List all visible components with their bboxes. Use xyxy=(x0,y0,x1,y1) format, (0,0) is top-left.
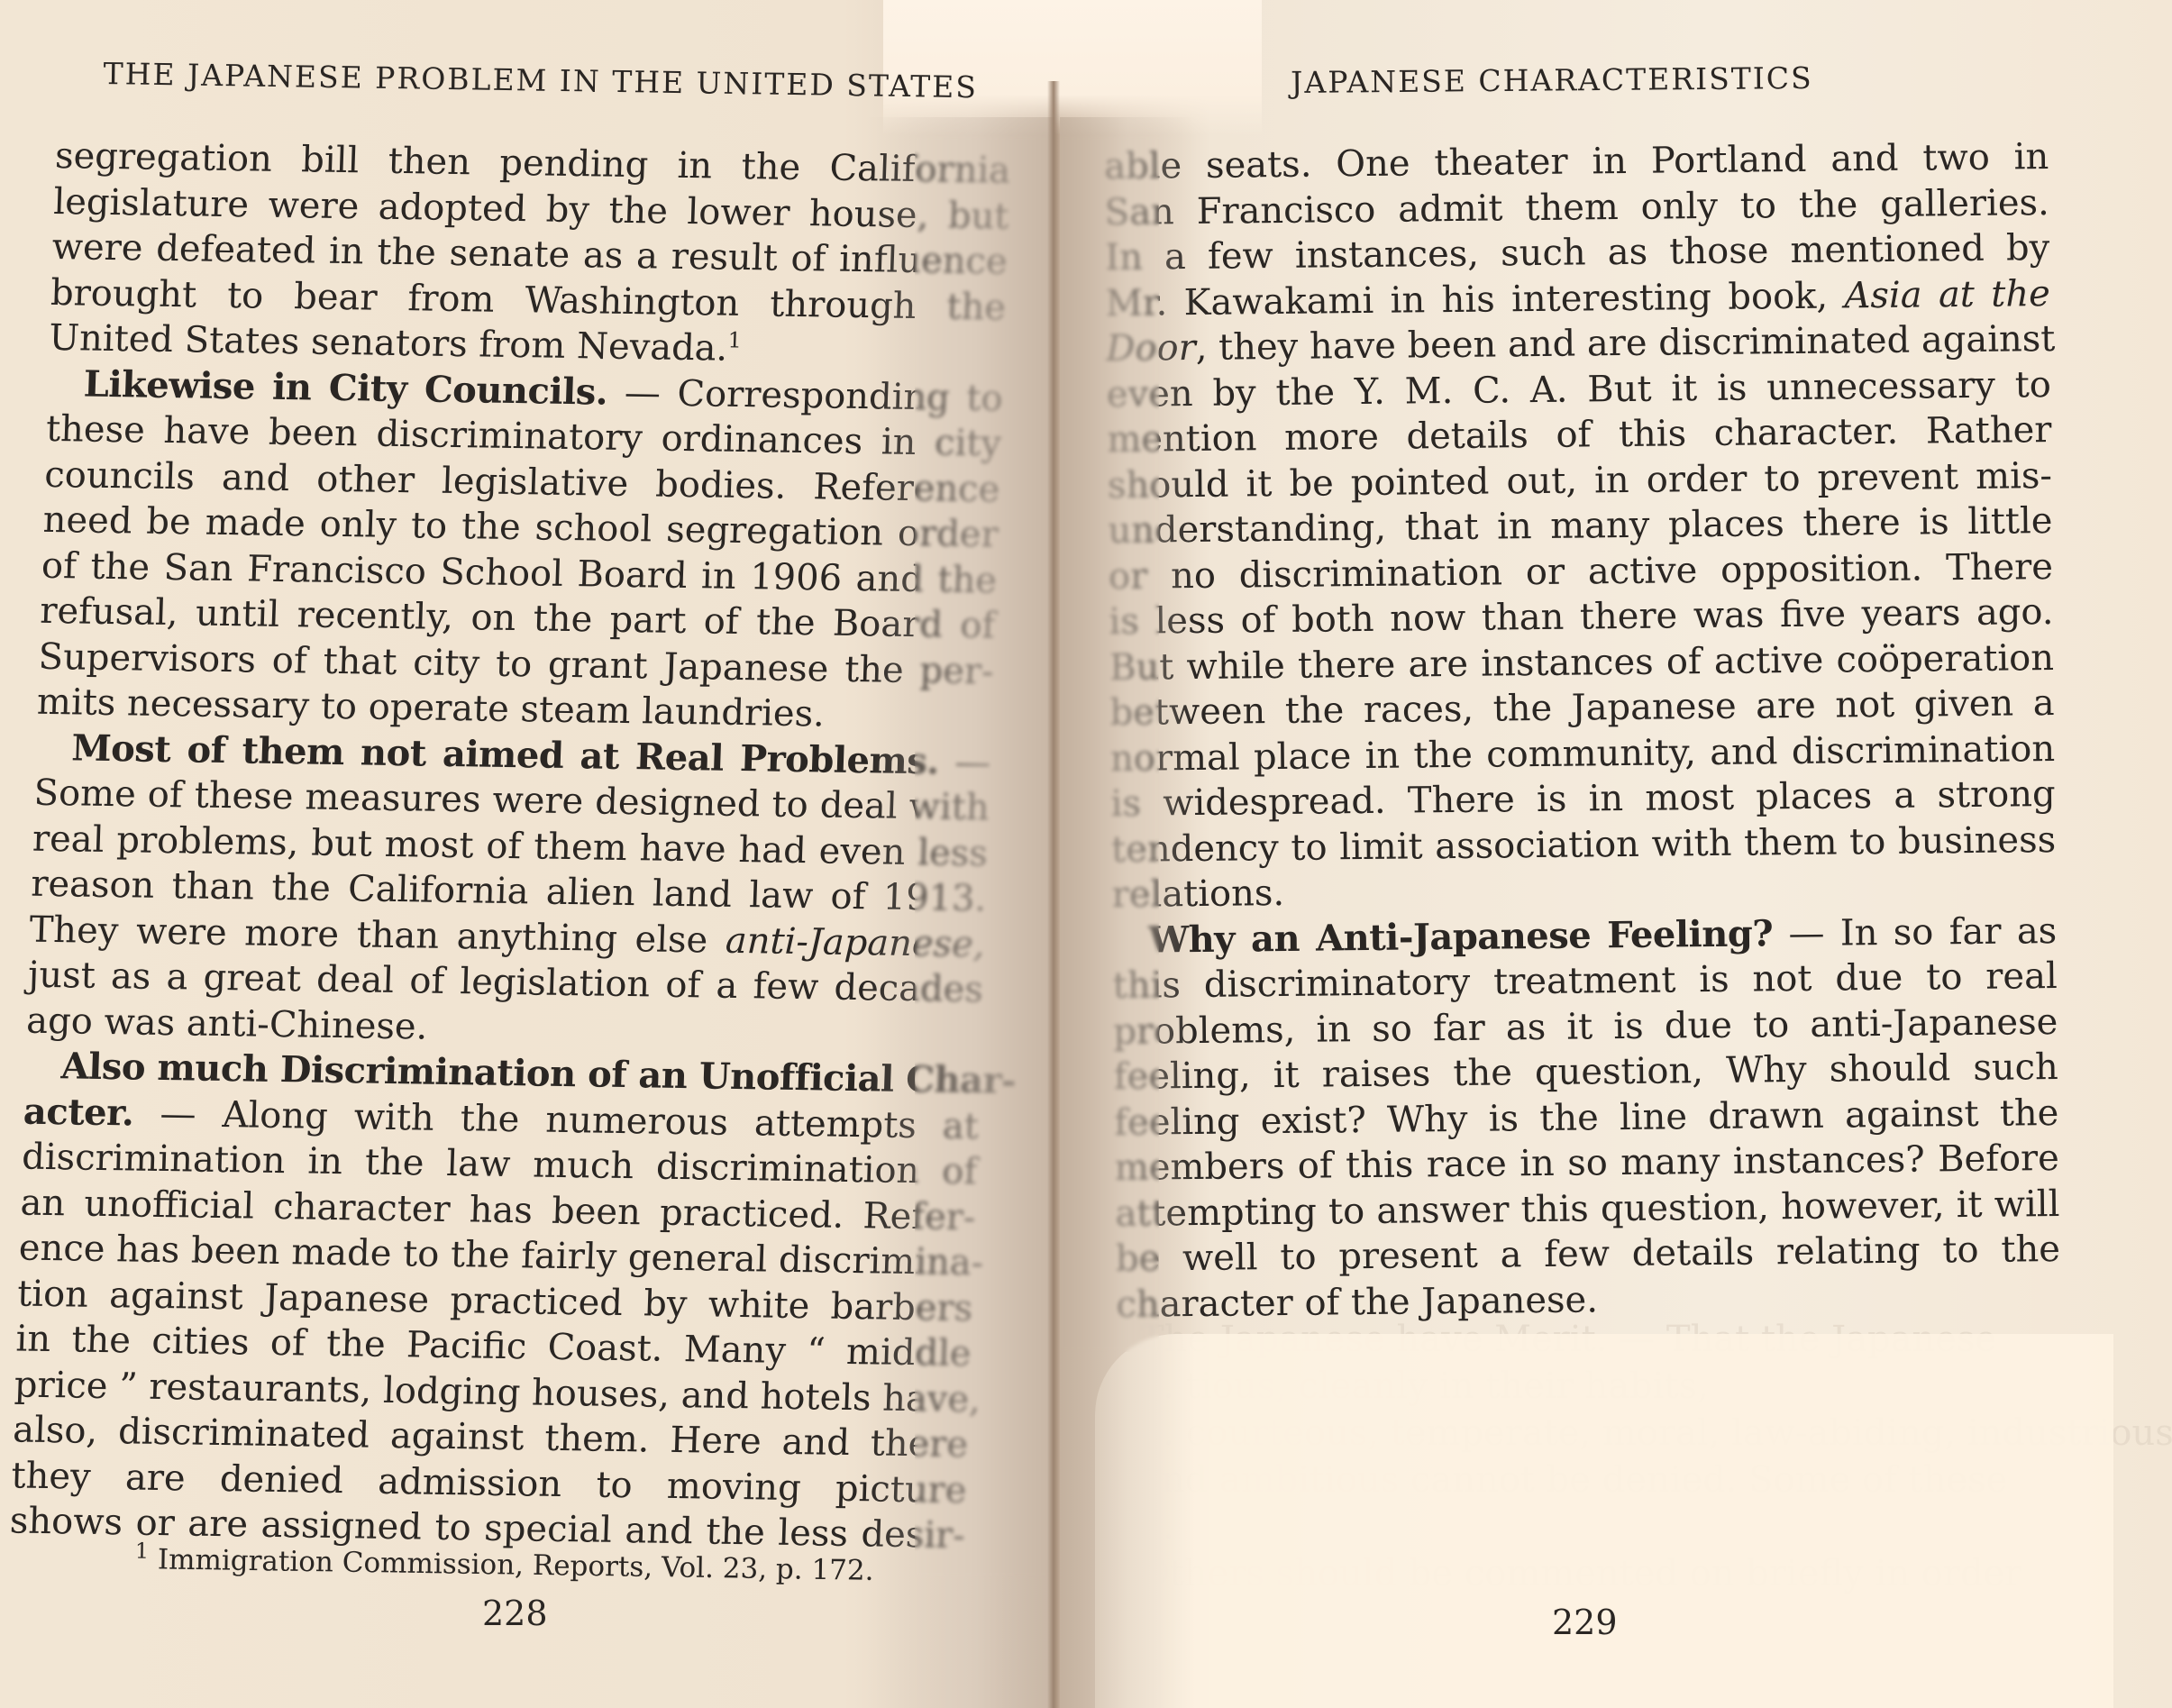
line-text: be well to present a few details relatin… xyxy=(1116,1228,2060,1280)
line-text: San Francisco admit them only to the gal… xyxy=(1105,182,2049,233)
italic-text: Asia at the xyxy=(1844,273,2050,316)
line-text: United States senators from Nevada. xyxy=(49,317,728,370)
line-text: mention more details of this character. … xyxy=(1107,409,2051,461)
line-text: problems, in so far as it is due to anti… xyxy=(1113,1000,2058,1052)
italic-text: Door xyxy=(1106,327,1196,370)
line-text: able seats. One theater in Portland and … xyxy=(1104,136,2049,187)
line-text: between the races, the Japanese are not … xyxy=(1109,682,2054,734)
line-text: attempting to answer this question, howe… xyxy=(1115,1183,2059,1234)
page-number-right: 229 xyxy=(1552,1603,1618,1642)
right-running-head: JAPANESE CHARACTERISTICS xyxy=(1291,60,1813,100)
line-text: — In so far as xyxy=(1773,909,2057,954)
line-text: , they have been and are discriminated a… xyxy=(1195,318,2055,369)
section-heading: acter. xyxy=(23,1090,134,1134)
book-spread: THE JAPANESE PROBLEM IN THE UNITED STATE… xyxy=(0,0,2172,1708)
line-text: But while there are instances of active … xyxy=(1109,636,2054,688)
line-text: Mr. Kawakami in his interesting book, xyxy=(1106,275,1845,324)
left-page-body: segregation bill then pending in the Cal… xyxy=(9,133,1011,1559)
line-text: understanding, that in many places there… xyxy=(1108,500,2052,552)
italic-text: anti-Japanese, xyxy=(725,919,985,965)
section-heading: Likewise in City Councils. xyxy=(83,362,608,413)
book-gutter xyxy=(1047,81,1060,1708)
line-text: normal place in the community, and discr… xyxy=(1110,727,2055,779)
line-text: even by the Y. M. C. A. But it is unnece… xyxy=(1107,364,2051,416)
line-text: this discriminatory treatment is not due… xyxy=(1113,955,2058,1007)
line-text: or no discrimination or active oppositio… xyxy=(1109,546,2053,598)
footnote-marker: 1 xyxy=(135,1539,150,1564)
line-text: ago was anti-Chinese. xyxy=(26,1000,429,1047)
line-text: tendency to limit association with them … xyxy=(1111,818,2056,870)
line-text: feeling, it raises the question, Why sho… xyxy=(1114,1046,2058,1098)
faded-patch xyxy=(1095,1334,2113,1708)
line-text: members of this race in so many instance… xyxy=(1115,1137,2059,1189)
page-number-left: 228 xyxy=(482,1594,548,1633)
footnote-reference: 1 xyxy=(727,327,742,352)
line-text: is less of both now than there was five … xyxy=(1109,591,2053,643)
line-text: should it be pointed out, in order to pr… xyxy=(1108,455,2052,507)
line-text: is widespread. There is in most places a… xyxy=(1110,773,2055,825)
top-glare xyxy=(883,0,1262,135)
line-text: — Corresponding to xyxy=(607,371,1004,419)
section-heading: Why an Anti-Japanese Feeling? xyxy=(1148,912,1773,961)
right-page-body: able seats. One theater in Portland and … xyxy=(1104,134,2061,1328)
line-text: In a few instances, such as those mentio… xyxy=(1105,227,2049,279)
line-text: feeling exist? Why is the line drawn aga… xyxy=(1114,1091,2058,1143)
line-text: — xyxy=(938,741,991,783)
line-text: relations. xyxy=(1111,872,1284,916)
